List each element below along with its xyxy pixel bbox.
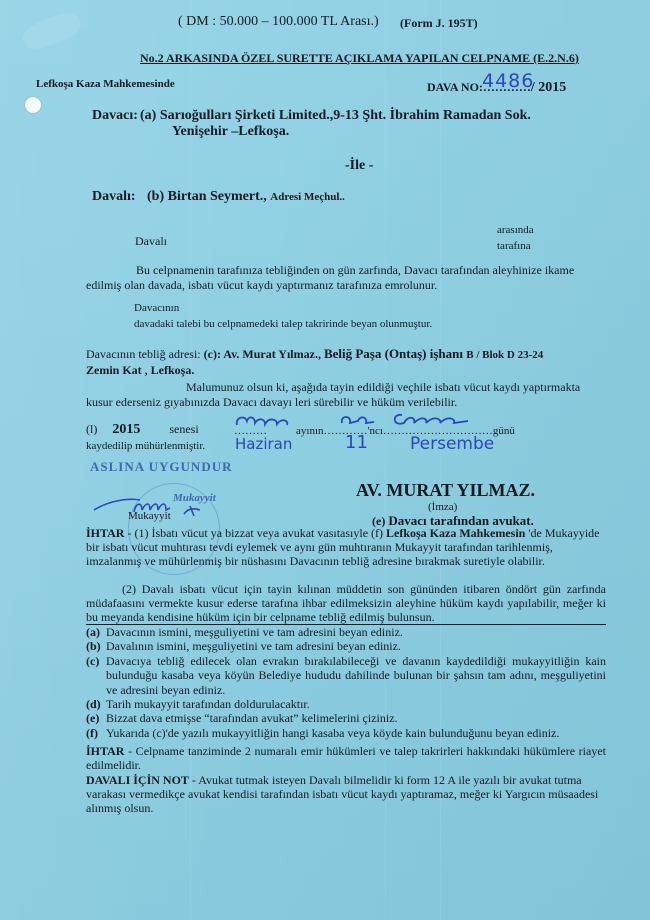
note-item: (b)Davalının ismini, meşguliyetini ve ta… <box>86 639 606 653</box>
note-label: (a) <box>86 625 102 639</box>
note-label: (c) <box>86 654 102 697</box>
footer-warning-label: İHTAR <box>86 744 124 758</box>
defendant-address: Adresi Meçhul.. <box>270 191 345 203</box>
handwritten-weekday: Persembe <box>410 434 494 454</box>
note-label: (d) <box>86 697 102 711</box>
handwritten-case-number: 4486 <box>482 70 534 92</box>
handwritten-initials-icon <box>233 413 293 431</box>
claim-statement: davadaki talebi bu celpnamedeki talep ta… <box>134 318 432 330</box>
amount-range: ( DM : 50.000 – 100.000 TL Arası.) <box>178 14 379 30</box>
paper-smudge <box>19 8 84 55</box>
gunu-text: günü <box>493 425 515 437</box>
punch-hole <box>25 97 41 113</box>
note-item: (c)Davacıya tebliğ edilecek olan evrakın… <box>86 654 606 697</box>
warning-1-label: İHTAR <box>86 526 124 540</box>
defendant-name: (b) Birtan Seymert., Adresi Meçhul.. <box>147 189 345 205</box>
mukayyit-stamp: Mukayyit <box>173 492 216 504</box>
note-item: (d)Tarih mukayyit tarafından doldurulaca… <box>86 697 606 711</box>
defendant-name-text: (b) Birtan Seymert., <box>147 189 267 204</box>
handwritten-initials-icon <box>338 413 378 429</box>
ayinin-text: ayının <box>296 425 324 437</box>
note-text: Yukarıda (c)'de yazılı mukayyitliğin han… <box>102 726 559 740</box>
tarafina-label: tarafına <box>497 240 531 252</box>
case-year: / 2015 <box>531 80 566 95</box>
certified-copy-stamp: ASLINA UYGUNDUR <box>90 459 233 475</box>
address-prefix: Davacının tebliğ adresi: <box>86 347 204 361</box>
arasinda-label: arasında <box>497 224 534 236</box>
default-warning-paragraph: Malumunuz olsun ki, aşağıda tayin edildi… <box>86 380 606 409</box>
note-text: Davalının ismini, meşguliyetini ve tam a… <box>102 639 401 653</box>
warning-2: (2) Davalı isbatı vücut için tayin kılın… <box>86 582 606 625</box>
footer-warning: İHTAR - Celpname tanziminde 2 numaralı e… <box>86 744 606 772</box>
plaintiff-line2: Yenişehir –Lefkoşa. <box>172 124 289 140</box>
defendant-label: Davalı: <box>92 189 136 205</box>
lawyer-name: AV. MURAT YILMAZ. <box>356 480 535 501</box>
note-item: (f)Yukarıda (c)'de yazılı mukayyitliğin … <box>86 726 606 740</box>
note-label: (f) <box>86 726 102 740</box>
case-number-label: DAVA NO: <box>427 80 483 94</box>
summons-paragraph: Bu celpnamenin tarafınıza tebliğinden on… <box>86 263 606 292</box>
registration-year: 2015 <box>112 422 140 437</box>
address-block: B / Blok D 23-24 <box>466 349 543 361</box>
address-building: Beliğ Paşa (Ontaş) işhanı <box>324 346 466 361</box>
warning-1: İHTAR - (1) İsbatı vücut ya bizzat veya … <box>86 526 606 569</box>
defendant-note: DAVALI İÇİN NOT - Avukat tutmak isteyen … <box>86 773 606 816</box>
registration-line: (l) 2015 senesi <box>86 422 199 438</box>
note-item: (a)Davacının ismini, meşguliyetini ve ta… <box>86 625 606 639</box>
handwritten-initials-icon <box>392 409 472 429</box>
handwritten-day: 11 <box>345 432 368 453</box>
note-text: Tarih mukayyit tarafından doldurulacaktı… <box>102 697 310 711</box>
notes-list: (a)Davacının ismini, meşguliyetini ve ta… <box>86 625 606 740</box>
davacinin-label: Davacının <box>134 302 179 314</box>
davali-label: Davalı <box>135 234 167 249</box>
plaintiff-line1: (a) Sarıoğulları Şirketi Limited.,9-13 Ş… <box>140 108 531 124</box>
note-label: (b) <box>86 639 102 653</box>
warning-1-court: Lefkoşa Kaza Mahkemesin <box>386 526 525 540</box>
footer-warning-text: - Celpname tanziminde 2 numaralı emir hü… <box>86 744 606 772</box>
document-title: No.2 ARKASINDA ÖZEL SURETTE AÇIKLAMA YAP… <box>140 51 579 66</box>
senesi-label: senesi <box>169 422 198 436</box>
defendant-note-label: DAVALI İÇİN NOT <box>86 773 189 787</box>
note-label: (e) <box>86 711 102 725</box>
address-line2: Zemin Kat , Lefkoşa. <box>86 363 194 377</box>
plaintiff-label: Davacı: <box>92 108 138 124</box>
note-item: (e)Bizzat dava etmişse “tarafından avuka… <box>86 711 606 725</box>
court-name: Lefkoşa Kaza Mahkemesinde <box>36 78 175 90</box>
note-text: Davacının ismini, meşguliyetini ve tam a… <box>102 625 403 639</box>
party-separator: -İle - <box>345 158 373 174</box>
mukayyit-label: Mukayyit <box>128 510 171 522</box>
handwritten-month: Haziran <box>235 435 292 453</box>
service-address: Davacının tebliğ adresi: (c): Av. Murat … <box>86 347 606 377</box>
note-text: Bizzat dava etmişse “tarafından avukat” … <box>102 711 398 725</box>
signature-label: (İmza) <box>428 501 457 513</box>
warning-1-text-a: - (1) İsbatı vücut ya bizzat veya avukat… <box>124 526 386 540</box>
address-lawyer: (c): Av. Murat Yılmaz., <box>204 347 324 361</box>
note-text: Davacıya tebliğ edilecek olan evrakın bı… <box>102 654 606 697</box>
registration-label: (l) <box>86 422 97 436</box>
registration-sealed: kaydedilip mühürlenmiştir. <box>86 440 205 452</box>
form-code: (Form J. 195T) <box>400 16 478 31</box>
